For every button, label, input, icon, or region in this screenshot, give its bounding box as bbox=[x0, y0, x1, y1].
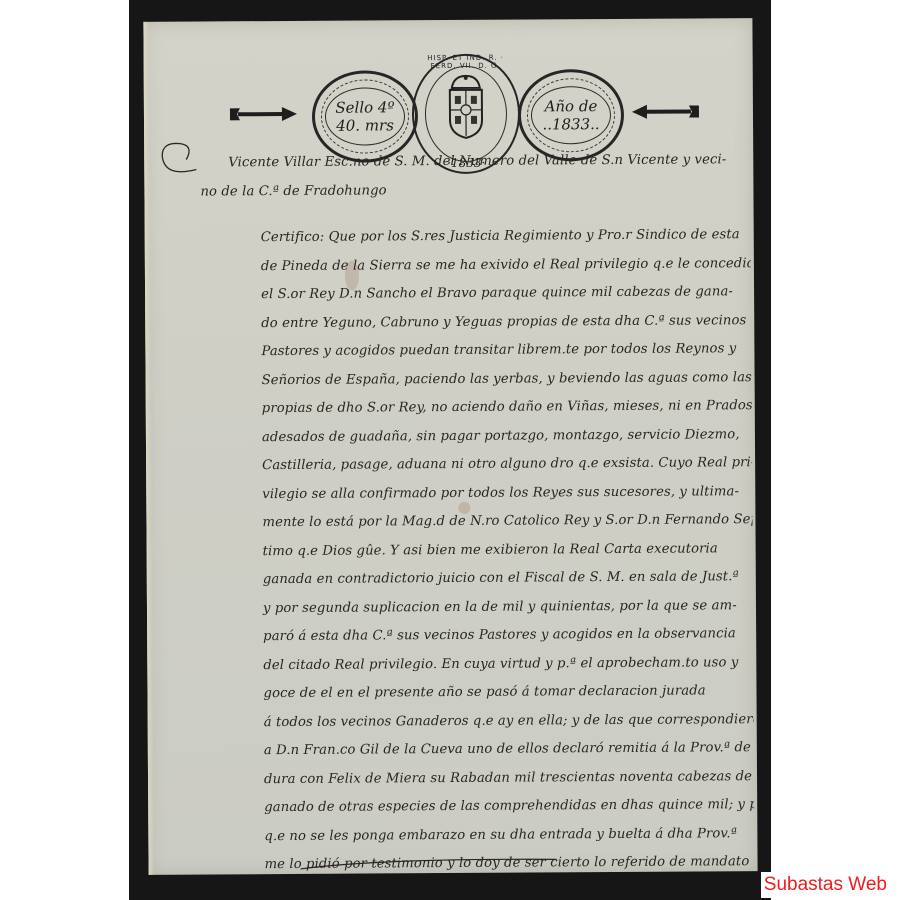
text-line: del citado Real privilegio. En cuya virt… bbox=[203, 649, 753, 681]
text-line: Pastores y acogidos puedan transitar lib… bbox=[201, 335, 751, 367]
coat-of-arms-icon bbox=[444, 74, 488, 142]
text-line: el S.or Rey D.n Sancho el Bravo paraque … bbox=[201, 278, 751, 310]
text-line: Certifico: Que por los S.res Justicia Re… bbox=[201, 221, 751, 253]
stamp-year-label: Año de bbox=[544, 97, 597, 115]
stamp-class-label: Sello 4º bbox=[335, 98, 394, 116]
text-line: Vicente Villar Esc.no de S. M. del Numer… bbox=[200, 146, 750, 178]
text-line: Señorios de España, paciendo las yerbas,… bbox=[202, 364, 752, 396]
text-line: a D.n Fran.co Gil de la Cueva uno de ell… bbox=[204, 734, 754, 766]
text-line: Castilleria, pasage, aduana ni otro algu… bbox=[202, 449, 752, 481]
text-line: goce de el en el presente año se pasó á … bbox=[203, 677, 753, 709]
calligraphic-flourish bbox=[156, 139, 206, 179]
text-line: timo q.e Dios gûe. Y asi bien me exibier… bbox=[203, 535, 753, 567]
text-line: do entre Yeguno, Cabruno y Yeguas propia… bbox=[201, 307, 751, 339]
seal-legend: HISP. ET IND. R. · FERD. VII. D. G. bbox=[414, 54, 518, 71]
arrow-left-icon bbox=[631, 103, 701, 119]
text-line: vilegio se alla confirmado por todos los… bbox=[202, 478, 752, 510]
text-line: adesados de guadaña, sin pagar portazgo,… bbox=[202, 421, 752, 453]
text-line: y por segunda suplicacion en la de mil y… bbox=[203, 592, 753, 624]
text-line: ganado de otras especies de las comprehe… bbox=[204, 791, 754, 823]
closing-flourish-line bbox=[299, 855, 559, 871]
document-paper: Sello 4º 40. mrs HISP. ET IND. R. · FERD… bbox=[143, 18, 757, 875]
text-line: dura con Felix de Miera su Rabadan mil t… bbox=[204, 763, 754, 795]
arrow-right-icon bbox=[228, 106, 298, 122]
text-line: ganada en contradictorio juicio con el F… bbox=[203, 563, 753, 595]
text-line: paró á esta dha C.ª sus vecinos Pastores… bbox=[203, 620, 753, 652]
text-line: mente lo está por la Mag.d de N.ro Catol… bbox=[202, 506, 752, 538]
stamp-price-label: 40. mrs bbox=[336, 116, 394, 134]
text-line: no de la C.ª de Fradohungo bbox=[200, 175, 750, 207]
text-line: de Pineda de la Sierra se me ha exivido … bbox=[201, 250, 751, 282]
text-line: á todos los vecinos Ganaderos q.e ay en … bbox=[204, 706, 754, 738]
watermark-label: Subastas Web bbox=[761, 872, 890, 898]
handwritten-body: Vicente Villar Esc.no de S. M. del Numer… bbox=[200, 146, 754, 880]
text-line: propias de dho S.or Rey, no aciendo daño… bbox=[202, 392, 752, 424]
text-line: q.e no se les ponga embarazo en su dha e… bbox=[204, 820, 754, 852]
stamp-year-value: ..1833.. bbox=[542, 115, 599, 133]
